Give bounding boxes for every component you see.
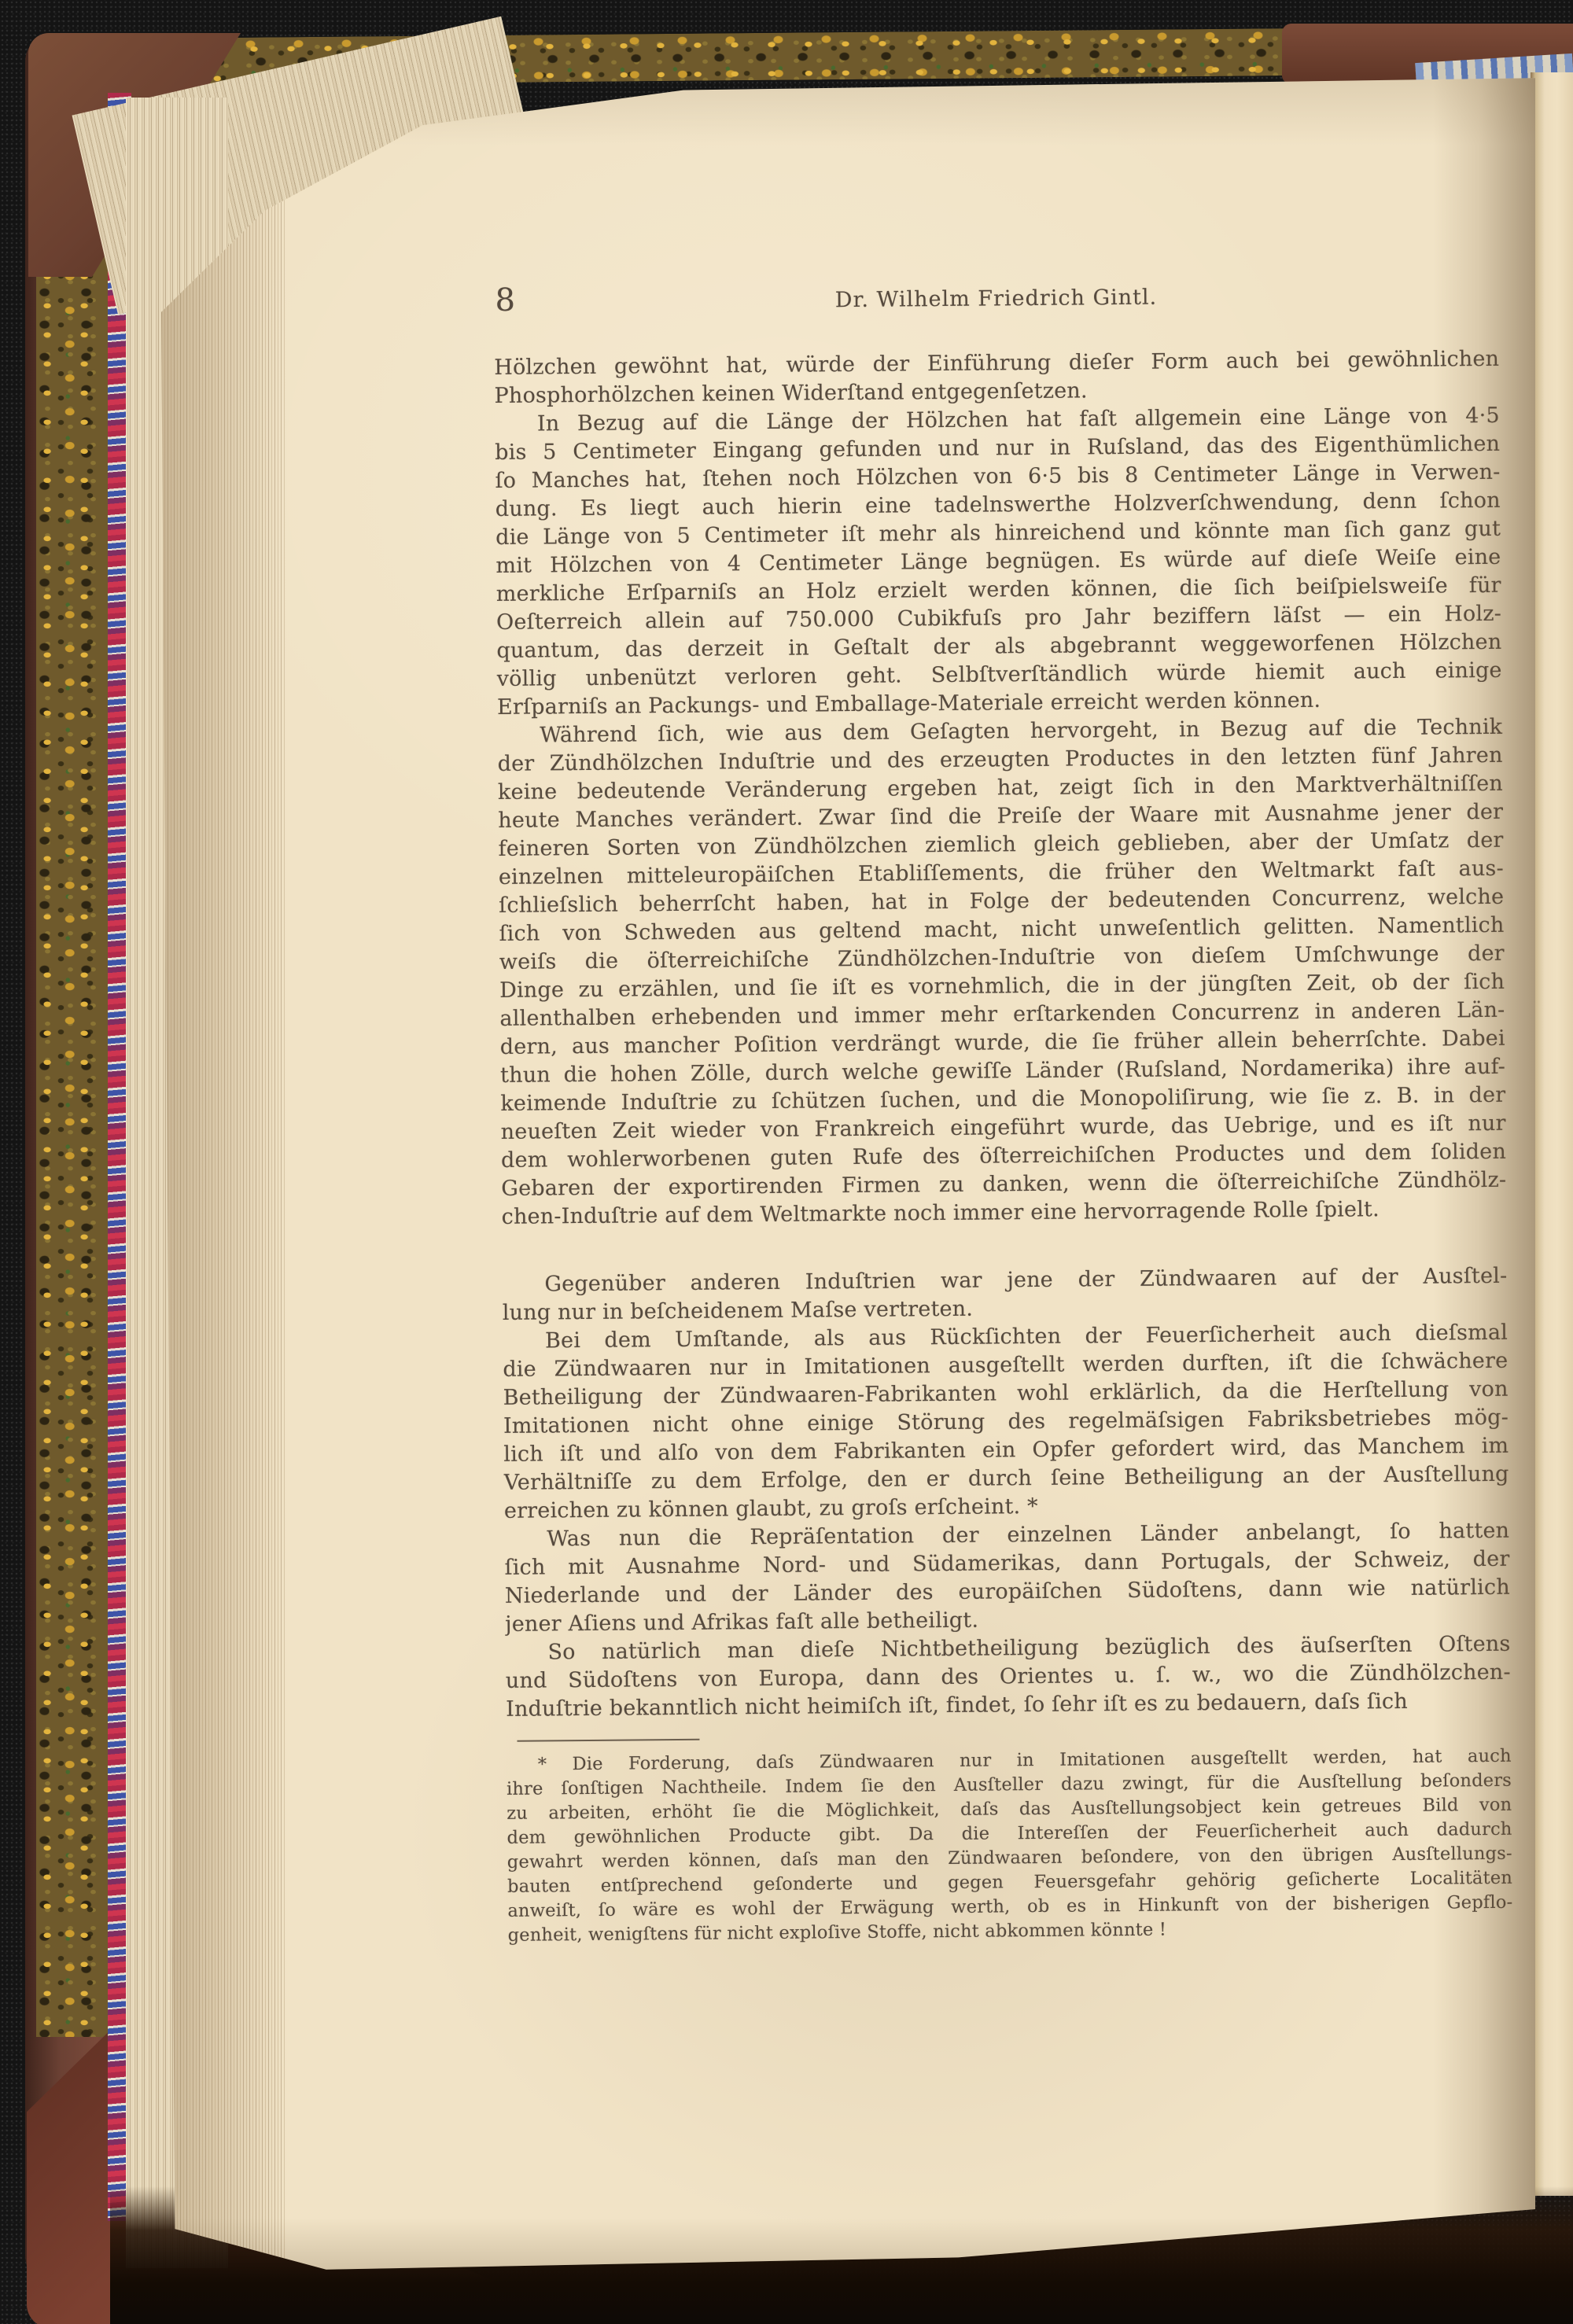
body-paragraph: In Bezug auf die Länge der Hölzchen hat … <box>495 402 1502 722</box>
body-paragraph: Bei dem Umſtande, als aus Rückſichten de… <box>503 1319 1509 1526</box>
body-paragraph: Während ſich, wie aus dem Geſagten hervo… <box>497 713 1507 1232</box>
footnote-separator <box>517 1739 699 1742</box>
page-text: 8 Dr. Wilhelm Friedrich Gintl. Hölzchen … <box>492 66 1516 2273</box>
marbled-cover-left-edge <box>36 236 116 2037</box>
footnote: * Die Forderung, daſs Zündwaaren nur in … <box>507 1744 1513 1948</box>
body-paragraph: So natürlich man dieſe Nichtbetheiligung… <box>505 1630 1511 1724</box>
body-text: Hölzchen gewöhnt hat, würde der Einführu… <box>494 345 1511 1724</box>
running-header: Dr. Wilhelm Friedrich Gintl. <box>493 282 1498 315</box>
book-page: 8 Dr. Wilhelm Friedrich Gintl. Hölzchen … <box>161 75 1535 2273</box>
page-header: 8 Dr. Wilhelm Friedrich Gintl. <box>493 275 1499 339</box>
body-paragraph: Was nun die Repräſentation der einzelnen… <box>504 1517 1510 1639</box>
facing-page-edge <box>1531 72 1573 2196</box>
body-paragraph: Gegenüber anderen Induſtrien war jene de… <box>502 1262 1508 1328</box>
book-photo: 8 Dr. Wilhelm Friedrich Gintl. Hölzchen … <box>0 0 1573 2324</box>
body-paragraph: Hölzchen gewöhnt hat, würde der Einführu… <box>494 345 1500 411</box>
